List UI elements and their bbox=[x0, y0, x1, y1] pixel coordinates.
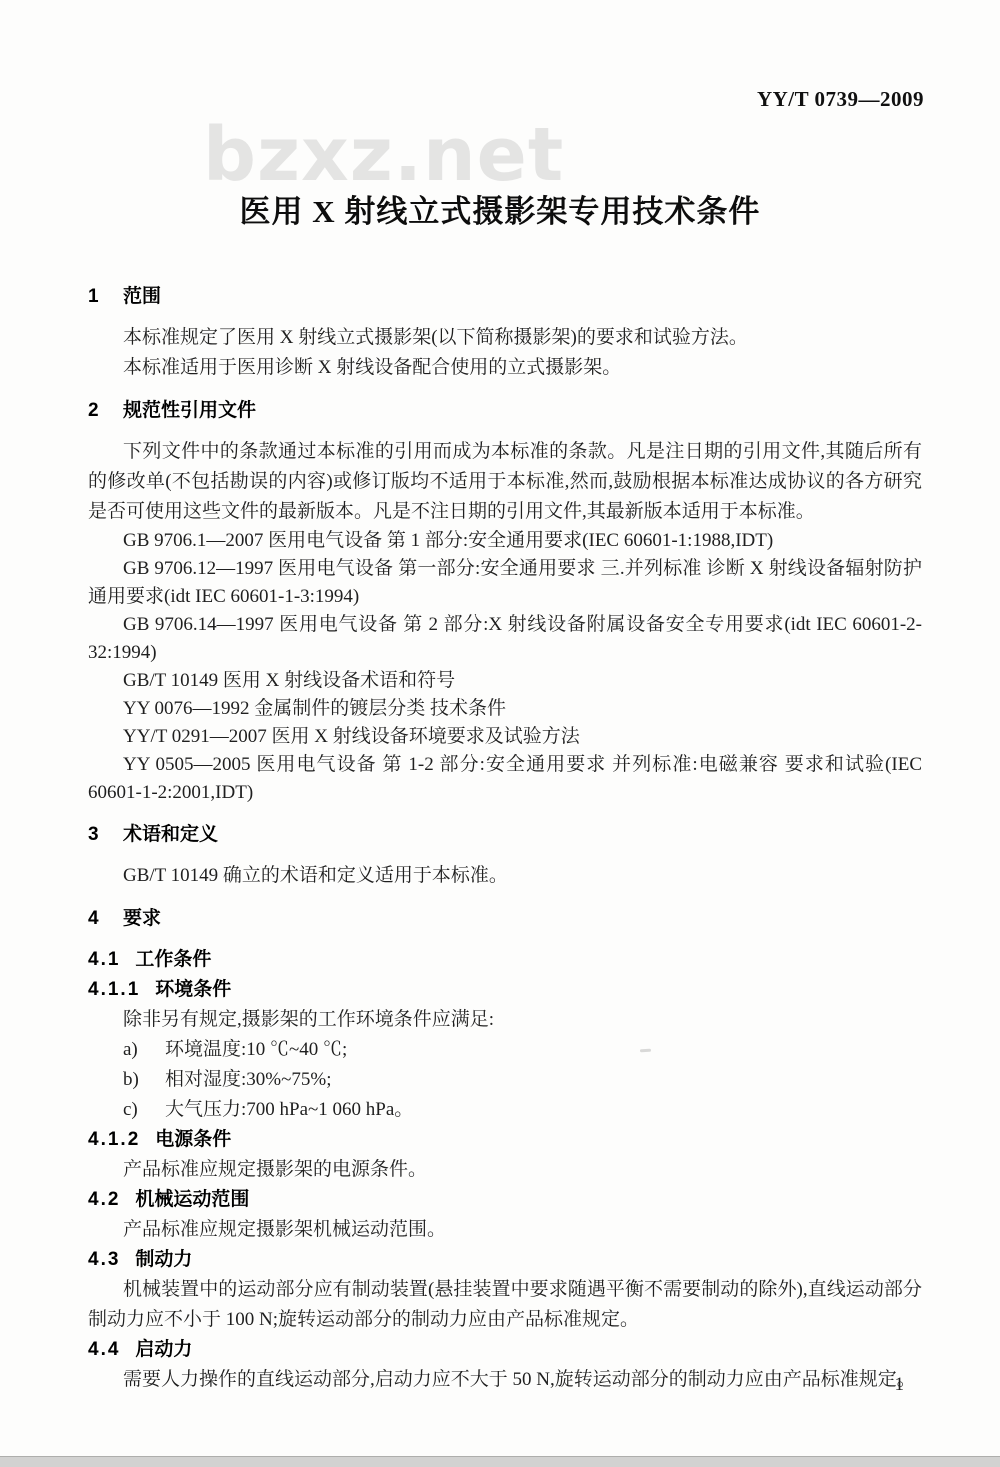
section-heading-4.1.2: 4.1.2电源条件 bbox=[88, 1125, 922, 1155]
scan-bottom-edge bbox=[0, 1456, 1000, 1467]
watermark-text: bzxz.net bbox=[203, 118, 564, 192]
section-title: 范围 bbox=[123, 286, 161, 307]
reference-item: GB 9706.14—1997 医用电气设备 第 2 部分:X 射线设备附属设备… bbox=[88, 611, 922, 667]
scan-artifact-mark bbox=[640, 1049, 651, 1053]
reference-item: YY 0505—2005 医用电气设备 第 1-2 部分:安全通用要求 并列标准… bbox=[88, 751, 922, 807]
list-item-label: b) bbox=[123, 1065, 165, 1095]
list-item-label: c) bbox=[123, 1095, 165, 1125]
document-title: 医用 X 射线立式摄影架专用技术条件 bbox=[0, 186, 1000, 231]
list-item: c)大气压力:700 hPa~1 060 hPa。 bbox=[88, 1095, 922, 1125]
section-heading-4.2: 4.2机械运动范围 bbox=[88, 1185, 922, 1215]
list-item-label: a) bbox=[123, 1035, 165, 1065]
section-number: 3 bbox=[88, 820, 123, 850]
section-number: 4.1.1 bbox=[88, 975, 140, 1005]
list-item-text: 相对湿度:30%~75%; bbox=[165, 1069, 332, 1090]
section-number: 4.4 bbox=[88, 1335, 120, 1365]
reference-item: YY/T 0291—2007 医用 X 射线设备环境要求及试验方法 bbox=[88, 723, 922, 751]
paragraph: 下列文件中的条款通过本标准的引用而成为本标准的条款。凡是注日期的引用文件,其随后… bbox=[88, 437, 922, 527]
section-heading-4.1: 4.1工作条件 bbox=[88, 945, 922, 975]
reference-item: GB 9706.1—2007 医用电气设备 第 1 部分:安全通用要求(IEC … bbox=[88, 527, 922, 555]
section-number: 4.1.2 bbox=[88, 1125, 140, 1155]
section-number: 4.2 bbox=[88, 1185, 120, 1215]
document-page: YY/T 0739—2009 bzxz.net 医用 X 射线立式摄影架专用技术… bbox=[0, 0, 1000, 1467]
section-heading-4.4: 4.4启动力 bbox=[88, 1335, 922, 1365]
list-item: b)相对湿度:30%~75%; bbox=[88, 1065, 922, 1095]
section-number: 1 bbox=[88, 282, 123, 312]
section-number: 4.1 bbox=[88, 945, 120, 975]
list-item-text: 环境温度:10 ℃~40 ℃; bbox=[165, 1039, 347, 1060]
section-title: 规范性引用文件 bbox=[123, 400, 256, 421]
section-title: 制动力 bbox=[135, 1249, 192, 1270]
section-heading-4: 4要求 bbox=[88, 904, 922, 934]
paragraph: 产品标准应规定摄影架的电源条件。 bbox=[88, 1155, 922, 1185]
paragraph: 除非另有规定,摄影架的工作环境条件应满足: bbox=[88, 1005, 922, 1035]
section-heading-4.1.1: 4.1.1环境条件 bbox=[88, 975, 922, 1005]
paragraph: GB/T 10149 确立的术语和定义适用于本标准。 bbox=[88, 861, 922, 891]
section-title: 机械运动范围 bbox=[135, 1189, 249, 1210]
list-item-text: 大气压力:700 hPa~1 060 hPa。 bbox=[165, 1099, 413, 1120]
paragraph: 本标准适用于医用诊断 X 射线设备配合使用的立式摄影架。 bbox=[88, 353, 922, 383]
section-number: 4 bbox=[88, 904, 123, 934]
paragraph: 产品标准应规定摄影架机械运动范围。 bbox=[88, 1215, 922, 1245]
reference-item: GB 9706.12—1997 医用电气设备 第一部分:安全通用要求 三.并列标… bbox=[88, 555, 922, 611]
section-heading-4.3: 4.3制动力 bbox=[88, 1245, 922, 1275]
reference-item: YY 0076—1992 金属制件的镀层分类 技术条件 bbox=[88, 695, 922, 723]
section-heading-2: 2规范性引用文件 bbox=[88, 396, 922, 426]
section-title: 要求 bbox=[123, 908, 161, 929]
paragraph: 本标准规定了医用 X 射线立式摄影架(以下简称摄影架)的要求和试验方法。 bbox=[88, 323, 922, 353]
section-heading-3: 3术语和定义 bbox=[88, 820, 922, 850]
page-number: 1 bbox=[895, 1374, 905, 1396]
section-title: 术语和定义 bbox=[123, 824, 218, 845]
paragraph: 需要人力操作的直线运动部分,启动力应不大于 50 N,旋转运动部分的制动力应由产… bbox=[88, 1365, 922, 1395]
reference-item: GB/T 10149 医用 X 射线设备术语和符号 bbox=[88, 667, 922, 695]
paragraph: 机械装置中的运动部分应有制动装置(悬挂装置中要求随遇平衡不需要制动的除外),直线… bbox=[88, 1275, 922, 1335]
section-title: 启动力 bbox=[135, 1339, 192, 1360]
list-item: a)环境温度:10 ℃~40 ℃; bbox=[88, 1035, 922, 1065]
document-body: 1范围本标准规定了医用 X 射线立式摄影架(以下简称摄影架)的要求和试验方法。本… bbox=[88, 269, 922, 1395]
section-title: 电源条件 bbox=[155, 1129, 231, 1150]
section-number: 2 bbox=[88, 396, 123, 426]
section-title: 环境条件 bbox=[155, 979, 231, 1000]
section-heading-1: 1范围 bbox=[88, 282, 922, 312]
section-number: 4.3 bbox=[88, 1245, 120, 1275]
section-title: 工作条件 bbox=[135, 949, 211, 970]
standard-number: YY/T 0739—2009 bbox=[757, 87, 924, 112]
